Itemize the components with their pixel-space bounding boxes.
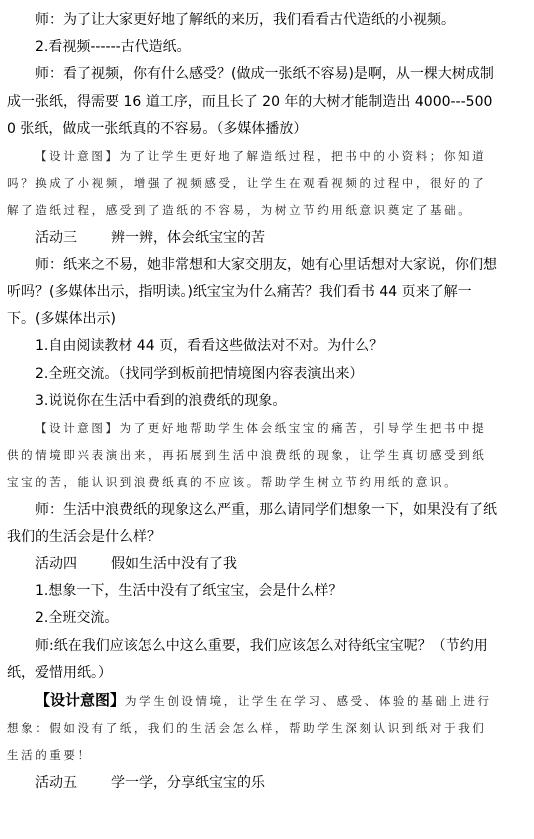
activity-label: 活动五 — [35, 770, 111, 797]
teacher-line-paper-pain: 师：纸来之不易，她非常想和大家交朋友，她有心里话想对大家说，你们想听吗？(多媒体… — [7, 252, 497, 334]
design-intent-tag: 【设计意图】 — [35, 691, 125, 709]
activity-5-heading: 活动五学一学，分享纸宝宝的乐 — [7, 770, 497, 797]
teacher-line-imagine: 师：生活中浪费纸的现象这么严重，那么请同学们想象一下，如果没有了纸我们的生活会是… — [7, 497, 497, 551]
step-read-textbook: 1.自由阅读教材 44 页，看看这些做法对不对。为什么？ — [7, 333, 497, 360]
activity-4-heading: 活动四假如生活中没有了我 — [7, 551, 497, 578]
design-intent-tag: 【设计意图】 — [35, 421, 120, 435]
teacher-line-feeling: 师：看了视频，你有什么感受？(做成一张纸不容易)是啊，从一棵大树成制成一张纸，得… — [7, 61, 497, 143]
teacher-line-video-intro: 师：为了让大家更好地了解纸的来历，我们看看古代造纸的小视频。 — [7, 7, 497, 34]
document-page: 师：为了让大家更好地了解纸的来历，我们看看古代造纸的小视频。 2.看视频----… — [7, 7, 497, 797]
activity-label: 活动四 — [35, 551, 111, 578]
step-watch-video: 2.看视频------古代造纸。 — [7, 34, 497, 61]
design-intent-2: 【设计意图】为了更好地帮助学生体会纸宝宝的痛苦，引导学生把书中提供的情境即兴表演… — [7, 415, 497, 497]
design-intent-3: 【设计意图】为学生创设情境，让学生在学习、感受、体验的基础上进行想象：假如没有了… — [7, 687, 497, 770]
activity-title: 学一学，分享纸宝宝的乐 — [111, 775, 265, 791]
activity-title: 假如生活中没有了我 — [111, 556, 237, 572]
step-imagine-without-paper: 1.想象一下，生活中没有了纸宝宝，会是什么样？ — [7, 578, 497, 605]
step-waste-examples: 3.说说你在生活中看到的浪费纸的现象。 — [7, 388, 497, 415]
design-intent-tag: 【设计意图】 — [35, 149, 120, 163]
design-intent-1: 【设计意图】为了让学生更好地了解造纸过程，把书中的小资料；你知道吗？换成了小视频… — [7, 143, 497, 225]
activity-3-heading: 活动三辨一辨，体会纸宝宝的苦 — [7, 225, 497, 252]
step-class-discussion: 2.全班交流。（找同学到板前把情境图内容表演出来） — [7, 361, 497, 388]
teacher-line-treat-paper: 师:纸在我们应该怎么中这么重要，我们应该怎么对待纸宝宝呢？（节约用纸，爱惜用纸。… — [7, 633, 497, 687]
activity-title: 辨一辨，体会纸宝宝的苦 — [111, 230, 265, 246]
step-class-discussion-2: 2.全班交流。 — [7, 605, 497, 632]
activity-label: 活动三 — [35, 225, 111, 252]
